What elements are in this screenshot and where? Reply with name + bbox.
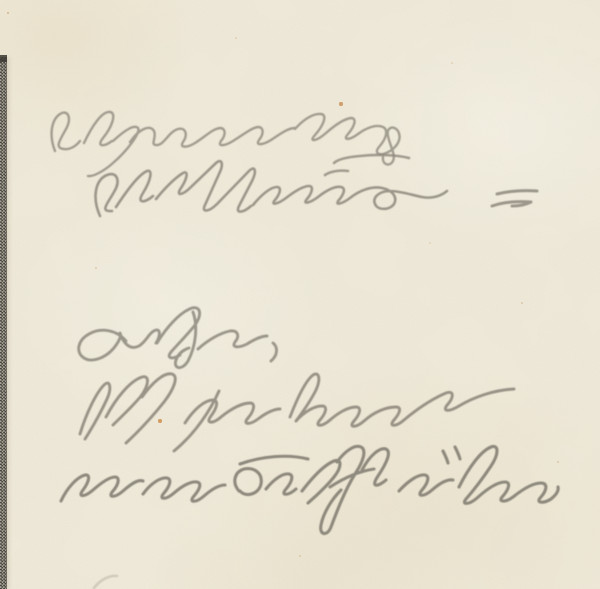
handwriting-layer [0,0,600,589]
binding-edge-strip [0,57,7,589]
scanned-page [0,0,600,589]
